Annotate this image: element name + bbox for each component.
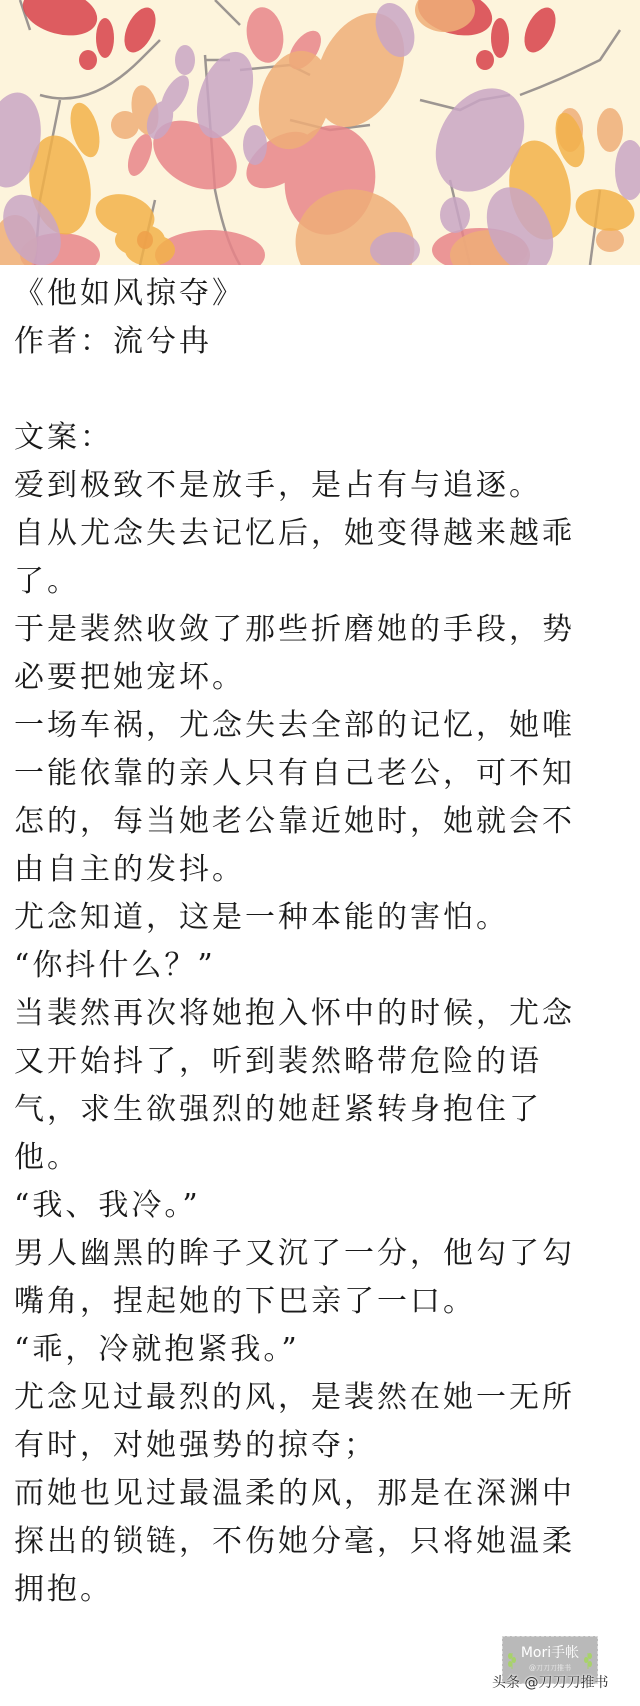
synopsis-line: 自从尤念失去记忆后，她变得越来越乖: [14, 510, 614, 558]
laurel-right-icon: [583, 1651, 593, 1669]
synopsis-line: 他。: [14, 1134, 614, 1182]
synopsis-line: 尤念知道，这是一种本能的害怕。: [14, 894, 614, 942]
blank-line: [14, 366, 614, 414]
watercolor-leaves-illustration: [0, 0, 640, 265]
synopsis-line: 必要把她宠坏。: [14, 654, 614, 702]
synopsis-line: 又开始抖了，听到裴然略带危险的语: [14, 1038, 614, 1086]
book-title: 《他如风掠夺》: [14, 270, 614, 318]
synopsis-line: 有时，对她强势的掠夺；: [14, 1422, 614, 1470]
source-credit: 头条 @刀刀刀推书: [492, 1672, 638, 1694]
synopsis-line: “乖，冷就抱紧我。”: [14, 1326, 614, 1374]
synopsis-line: 气，求生欲强烈的她赶紧转身抱住了: [14, 1086, 614, 1134]
synopsis-line: 一场车祸，尤念失去全部的记忆，她唯: [14, 702, 614, 750]
synopsis-line: 而她也见过最温柔的风，那是在深渊中: [14, 1470, 614, 1518]
synopsis-line: “我、我冷。”: [14, 1182, 614, 1230]
synopsis-line: 爱到极致不是放手，是占有与追逐。: [14, 462, 614, 510]
synopsis-line: 探出的锁链，不伤她分毫，只将她温柔: [14, 1518, 614, 1566]
synopsis-line: 嘴角，捏起她的下巴亲了一口。: [14, 1278, 614, 1326]
document-body: 《他如风掠夺》 作者：流兮冉 文案： 爱到极致不是放手，是占有与追逐。 自从尤念…: [14, 270, 614, 1614]
section-label: 文案：: [14, 414, 614, 462]
header-banner-image: [0, 0, 640, 265]
synopsis-line: 由自主的发抖。: [14, 846, 614, 894]
synopsis-line: 当裴然再次将她抱入怀中的时候，尤念: [14, 990, 614, 1038]
synopsis-line: 怎的，每当她老公靠近她时，她就会不: [14, 798, 614, 846]
synopsis-line: “你抖什么？”: [14, 942, 614, 990]
synopsis-line: 了。: [14, 558, 614, 606]
author-line: 作者：流兮冉: [14, 318, 614, 366]
synopsis-line: 于是裴然收敛了那些折磨她的手段，势: [14, 606, 614, 654]
synopsis-line: 尤念见过最烈的风，是裴然在她一无所: [14, 1374, 614, 1422]
synopsis-line: 拥抱。: [14, 1566, 614, 1614]
synopsis-line: 一能依靠的亲人只有自己老公，可不知: [14, 750, 614, 798]
laurel-left-icon: [507, 1651, 517, 1669]
synopsis-line: 男人幽黑的眸子又沉了一分，他勾了勾: [14, 1230, 614, 1278]
